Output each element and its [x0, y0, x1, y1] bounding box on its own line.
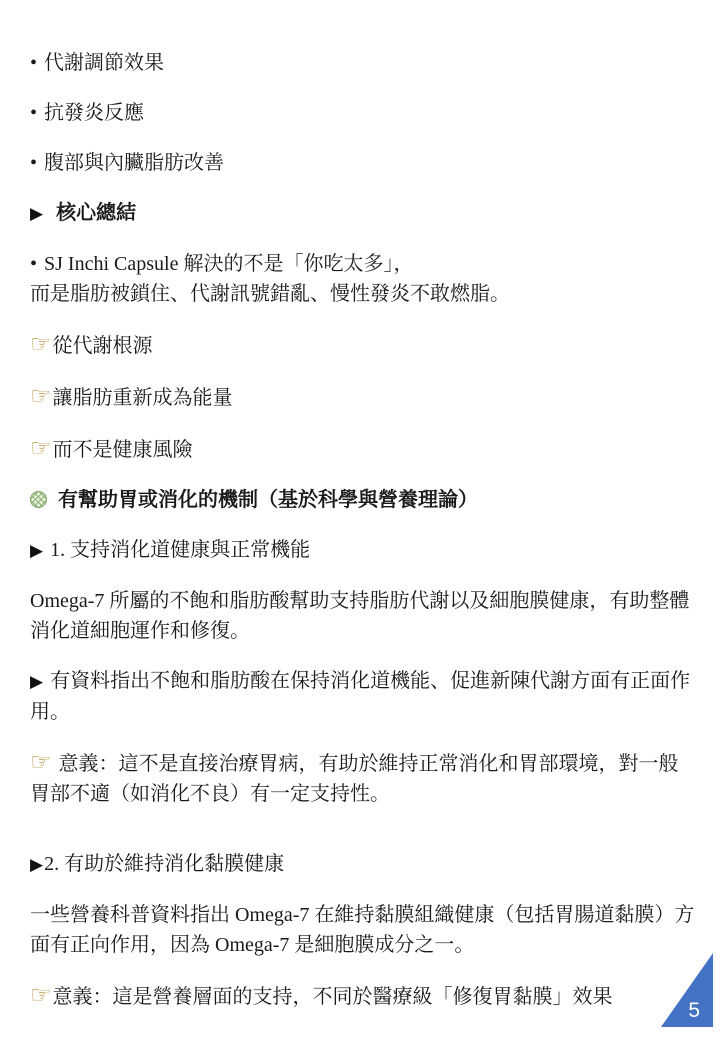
- paragraph-text: 一些營養科普資料指出 Omega-7 在維持黏膜組織健康（包括胃腸道黏膜）方面有…: [30, 904, 694, 956]
- paragraph-text: 意義：這是營養層面的支持，不同於醫療級「修復胃黏膜」效果: [53, 986, 613, 1008]
- triangle-icon: ▶: [30, 541, 43, 561]
- paragraph-text: 意義：這不是直接治療胃病，有助於維持正常消化和胃部環境，對一般胃部不適（如消化不…: [30, 753, 679, 805]
- finger-meaning-paragraph: ☞意義：這不是直接治療胃病，有助於維持正常消化和胃部環境，對一般胃部不適（如消化…: [30, 747, 695, 809]
- bullet-item: •腹部與內臟脂肪改善: [30, 148, 695, 178]
- triangle-icon: ▶: [30, 855, 43, 875]
- paragraph-line: SJ Inchi Capsule 解決的不是「你吃太多」，: [44, 253, 413, 275]
- subheading-point-1: ▶1. 支持消化道健康與正常機能: [30, 535, 695, 566]
- bullet-icon: •: [30, 152, 37, 174]
- triangle-icon: ▶: [30, 672, 43, 692]
- pointing-finger-icon: ☞: [30, 434, 52, 462]
- document-content: •代謝調節效果 •抗發炎反應 •腹部與內臟脂肪改善 ▶核心總結 •SJ Inch…: [0, 0, 720, 1012]
- finger-point-item: ☞而不是健康風險: [30, 433, 695, 465]
- bullet-text: 抗發炎反應: [44, 102, 144, 124]
- bullet-icon: •: [30, 102, 37, 124]
- pointing-finger-icon: ☞: [30, 981, 52, 1009]
- paragraph-line: 而是脂肪被鎖住、代謝訊號錯亂、慢性發炎不敢燃脂。: [30, 283, 510, 305]
- section-heading-digestion-mechanism: 有幫助胃或消化的機制（基於科學與營養理論）: [30, 485, 695, 515]
- finger-meaning-paragraph: ☞意義：這是營養層面的支持，不同於醫療級「修復胃黏膜」效果: [30, 980, 695, 1012]
- document-page: •代謝調節效果 •抗發炎反應 •腹部與內臟脂肪改善 ▶核心總結 •SJ Inch…: [0, 0, 720, 1040]
- heading-text: 核心總結: [56, 202, 136, 224]
- subheading-point-2: ▶2. 有助於維持消化黏膜健康: [30, 849, 695, 880]
- green-circle-icon: [30, 491, 47, 508]
- subheading-text: 1. 支持消化道健康與正常機能: [50, 539, 310, 561]
- bullet-text: 代謝調節效果: [44, 52, 164, 74]
- subheading-text: 2. 有助於維持消化黏膜健康: [44, 853, 284, 875]
- finger-text: 讓脂肪重新成為能量: [53, 387, 233, 409]
- bullet-icon: •: [30, 52, 37, 74]
- pointing-finger-icon: ☞: [30, 748, 52, 776]
- bullet-item: •抗發炎反應: [30, 98, 695, 128]
- triangle-note-paragraph: ▶有資料指出不飽和脂肪酸在保持消化道機能、促進新陳代謝方面有正面作用。: [30, 666, 695, 727]
- heading-text: 有幫助胃或消化的機制（基於科學與營養理論）: [58, 489, 478, 511]
- body-paragraph: 一些營養科普資料指出 Omega-7 在維持黏膜組織健康（包括胃腸道黏膜）方面有…: [30, 900, 695, 960]
- bullet-icon: •: [30, 253, 37, 275]
- finger-point-item: ☞讓脂肪重新成為能量: [30, 381, 695, 413]
- pointing-finger-icon: ☞: [30, 330, 52, 358]
- paragraph-text: Omega-7 所屬的不飽和脂肪酸幫助支持脂肪代謝以及細胞膜健康，有助整體消化道…: [30, 590, 689, 642]
- triangle-icon: ▶: [30, 204, 43, 224]
- bullet-item: •代謝調節效果: [30, 48, 695, 78]
- finger-text: 從代謝根源: [53, 335, 153, 357]
- body-paragraph: Omega-7 所屬的不飽和脂肪酸幫助支持脂肪代謝以及細胞膜健康，有助整體消化道…: [30, 586, 695, 646]
- finger-point-item: ☞從代謝根源: [30, 329, 695, 361]
- paragraph-text: 有資料指出不飽和脂肪酸在保持消化道機能、促進新陳代謝方面有正面作用。: [30, 670, 690, 723]
- pointing-finger-icon: ☞: [30, 382, 52, 410]
- section-heading-core-summary: ▶核心總結: [30, 198, 695, 229]
- bullet-text: 腹部與內臟脂肪改善: [44, 152, 224, 174]
- key-summary-paragraph: •SJ Inchi Capsule 解決的不是「你吃太多」，而是脂肪被鎖住、代謝…: [30, 249, 695, 309]
- finger-text: 而不是健康風險: [53, 439, 193, 461]
- page-number: 5: [688, 999, 700, 1023]
